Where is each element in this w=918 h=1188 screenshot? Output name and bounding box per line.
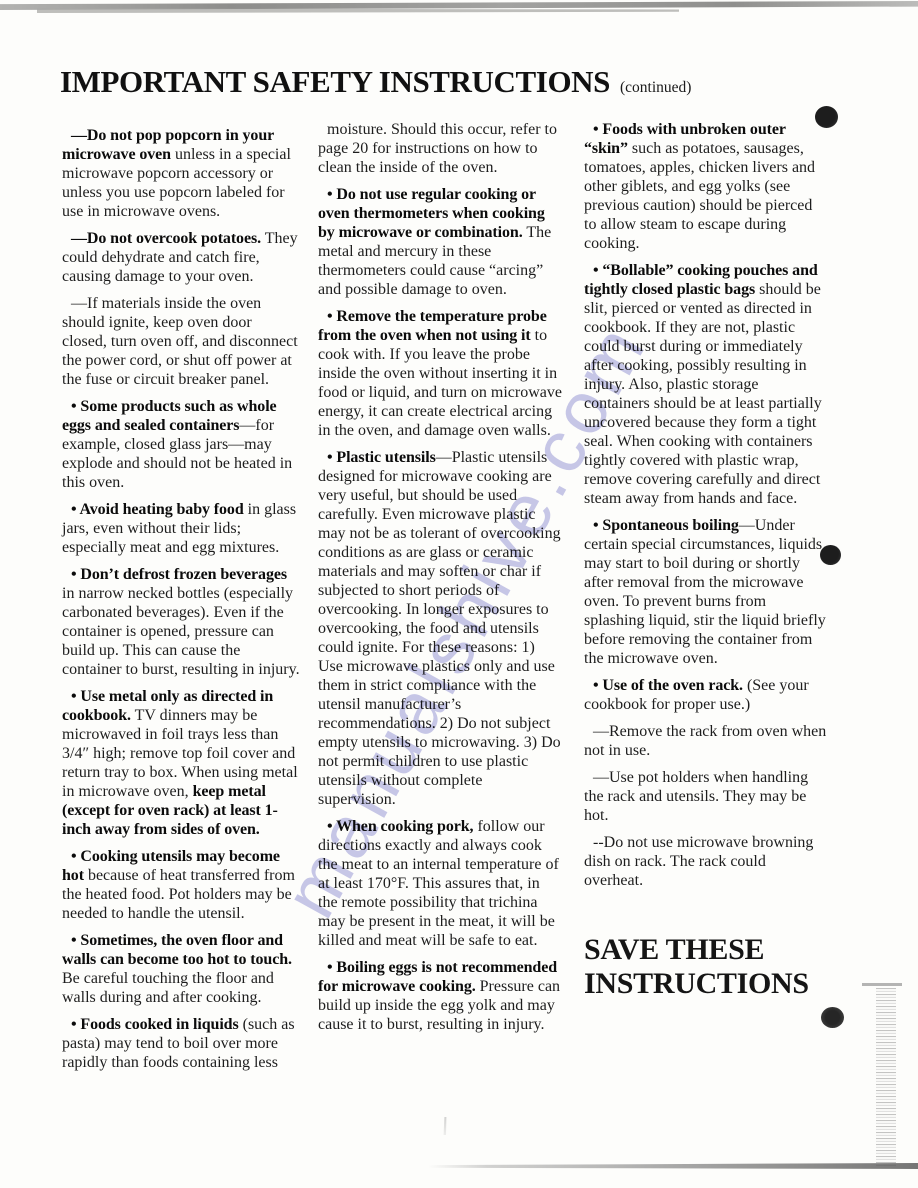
scan-edge-artifact-top-2: [37, 8, 680, 13]
paragraph-text: —Remove the rack from oven when not in u…: [584, 723, 826, 759]
paragraph-bold-text: • When cooking pork,: [327, 818, 473, 835]
binding-hole-dot-top: [815, 106, 838, 128]
paragraph: • Use of the oven rack. (See your cookbo…: [584, 676, 828, 714]
paragraph-bold-text: • Avoid heating baby food: [71, 501, 244, 518]
paragraph: • Foods with unbroken outer “skin” such …: [584, 120, 828, 253]
paragraph: • Boiling eggs is not recommended for mi…: [318, 958, 562, 1034]
paragraph-bold-text: • Do not use regular cooking or oven the…: [318, 186, 545, 241]
paragraph-text: --Do not use microwave browning dish on …: [584, 834, 813, 889]
paragraph-bold-text: • Sometimes, the oven floor and walls ca…: [62, 932, 292, 968]
text-column-middle: moisture. Should this occur, refer to pa…: [318, 120, 562, 1042]
save-instructions-heading: SAVE THESE INSTRUCTIONS: [584, 933, 844, 1001]
paragraph-bold-text: • Don’t defrost frozen beverages: [71, 566, 287, 583]
paragraph-text: in narrow necked bottles (especially car…: [62, 585, 300, 678]
paragraph: • Avoid heating baby food in glass jars,…: [62, 500, 300, 557]
paragraph: • Sometimes, the oven floor and walls ca…: [62, 931, 300, 1007]
paragraph-text: should be slit, pierced or vented as dir…: [584, 281, 822, 507]
page-number-smudge: [440, 1117, 448, 1135]
paragraph-text: moisture. Should this occur, refer to pa…: [318, 121, 557, 176]
paragraph-bold-text: • Remove the temperature probe from the …: [318, 308, 547, 344]
paragraph-text: —Under certain special circumstances, li…: [584, 517, 826, 667]
paragraph: —Do not overcook potatoes. They could de…: [62, 229, 300, 286]
paragraph-text: —Plastic utensils designed for microwave…: [318, 449, 561, 808]
page-title: IMPORTANT SAFETY INSTRUCTIONS: [60, 64, 610, 99]
scan-edge-artifact-top: [0, 1, 918, 10]
paragraph-bold-text: • Use of the oven rack.: [593, 677, 743, 694]
paragraph: • Remove the temperature probe from the …: [318, 307, 562, 440]
paragraph: • When cooking pork, follow our directio…: [318, 817, 562, 950]
paragraph: • Cooking utensils may become hot becaus…: [62, 847, 300, 923]
paragraph-bold-text: —Do not overcook potatoes.: [71, 230, 261, 247]
paragraph: • Spontaneous boiling—Under certain spec…: [584, 516, 828, 668]
scan-ghost-text-artifact: [876, 988, 896, 1166]
paragraph: • Don’t defrost frozen beverages in narr…: [62, 565, 300, 679]
paragraph: • “Bollable” cooking pouches and tightly…: [584, 261, 828, 508]
page-title-suffix: (continued): [620, 79, 691, 96]
paragraph-bold-text: • Foods cooked in liquids: [71, 1016, 239, 1033]
page-title-row: IMPORTANT SAFETY INSTRUCTIONS (continued…: [60, 64, 880, 100]
paragraph-bold-text: • Plastic utensils: [327, 449, 436, 466]
manual-page: IMPORTANT SAFETY INSTRUCTIONS (continued…: [0, 0, 918, 1188]
save-heading-line1: SAVE THESE: [584, 933, 844, 967]
paragraph: • Foods cooked in liquids (such as pasta…: [62, 1015, 300, 1072]
paragraph: • Plastic utensils—Plastic utensils desi…: [318, 448, 562, 809]
save-heading-line2: INSTRUCTIONS: [584, 967, 844, 1001]
scan-ghost-artifact-cap: [862, 983, 902, 986]
text-column-left: —Do not pop popcorn in your microwave ov…: [62, 126, 300, 1080]
paragraph: moisture. Should this occur, refer to pa…: [318, 120, 562, 177]
paragraph-text: Be careful touching the floor and walls …: [62, 970, 274, 1006]
binding-hole-dot-middle: [820, 545, 841, 565]
paragraph: --Do not use microwave browning dish on …: [584, 833, 828, 890]
paragraph-text: because of heat transferred from the hea…: [62, 867, 295, 922]
paragraph-text: —Use pot holders when handling the rack …: [584, 769, 808, 824]
scan-edge-artifact-bottom: [428, 1163, 918, 1169]
paragraph: • Do not use regular cooking or oven the…: [318, 185, 562, 299]
paragraph: —Do not pop popcorn in your microwave ov…: [62, 126, 300, 221]
paragraph-bold-text: • Spontaneous boiling: [593, 517, 739, 534]
paragraph: • Some products such as whole eggs and s…: [62, 397, 300, 492]
paragraph-text: follow our directions exactly and always…: [318, 818, 559, 949]
paragraph: —Remove the rack from oven when not in u…: [584, 722, 828, 760]
paragraph: —If materials inside the oven should ign…: [62, 294, 300, 389]
paragraph: —Use pot holders when handling the rack …: [584, 768, 828, 825]
binding-hole-dot-bottom: [821, 1007, 844, 1028]
paragraph: • Use metal only as directed in cookbook…: [62, 687, 300, 839]
text-column-right: • Foods with unbroken outer “skin” such …: [584, 120, 828, 898]
paragraph-text: —If materials inside the oven should ign…: [62, 295, 298, 388]
